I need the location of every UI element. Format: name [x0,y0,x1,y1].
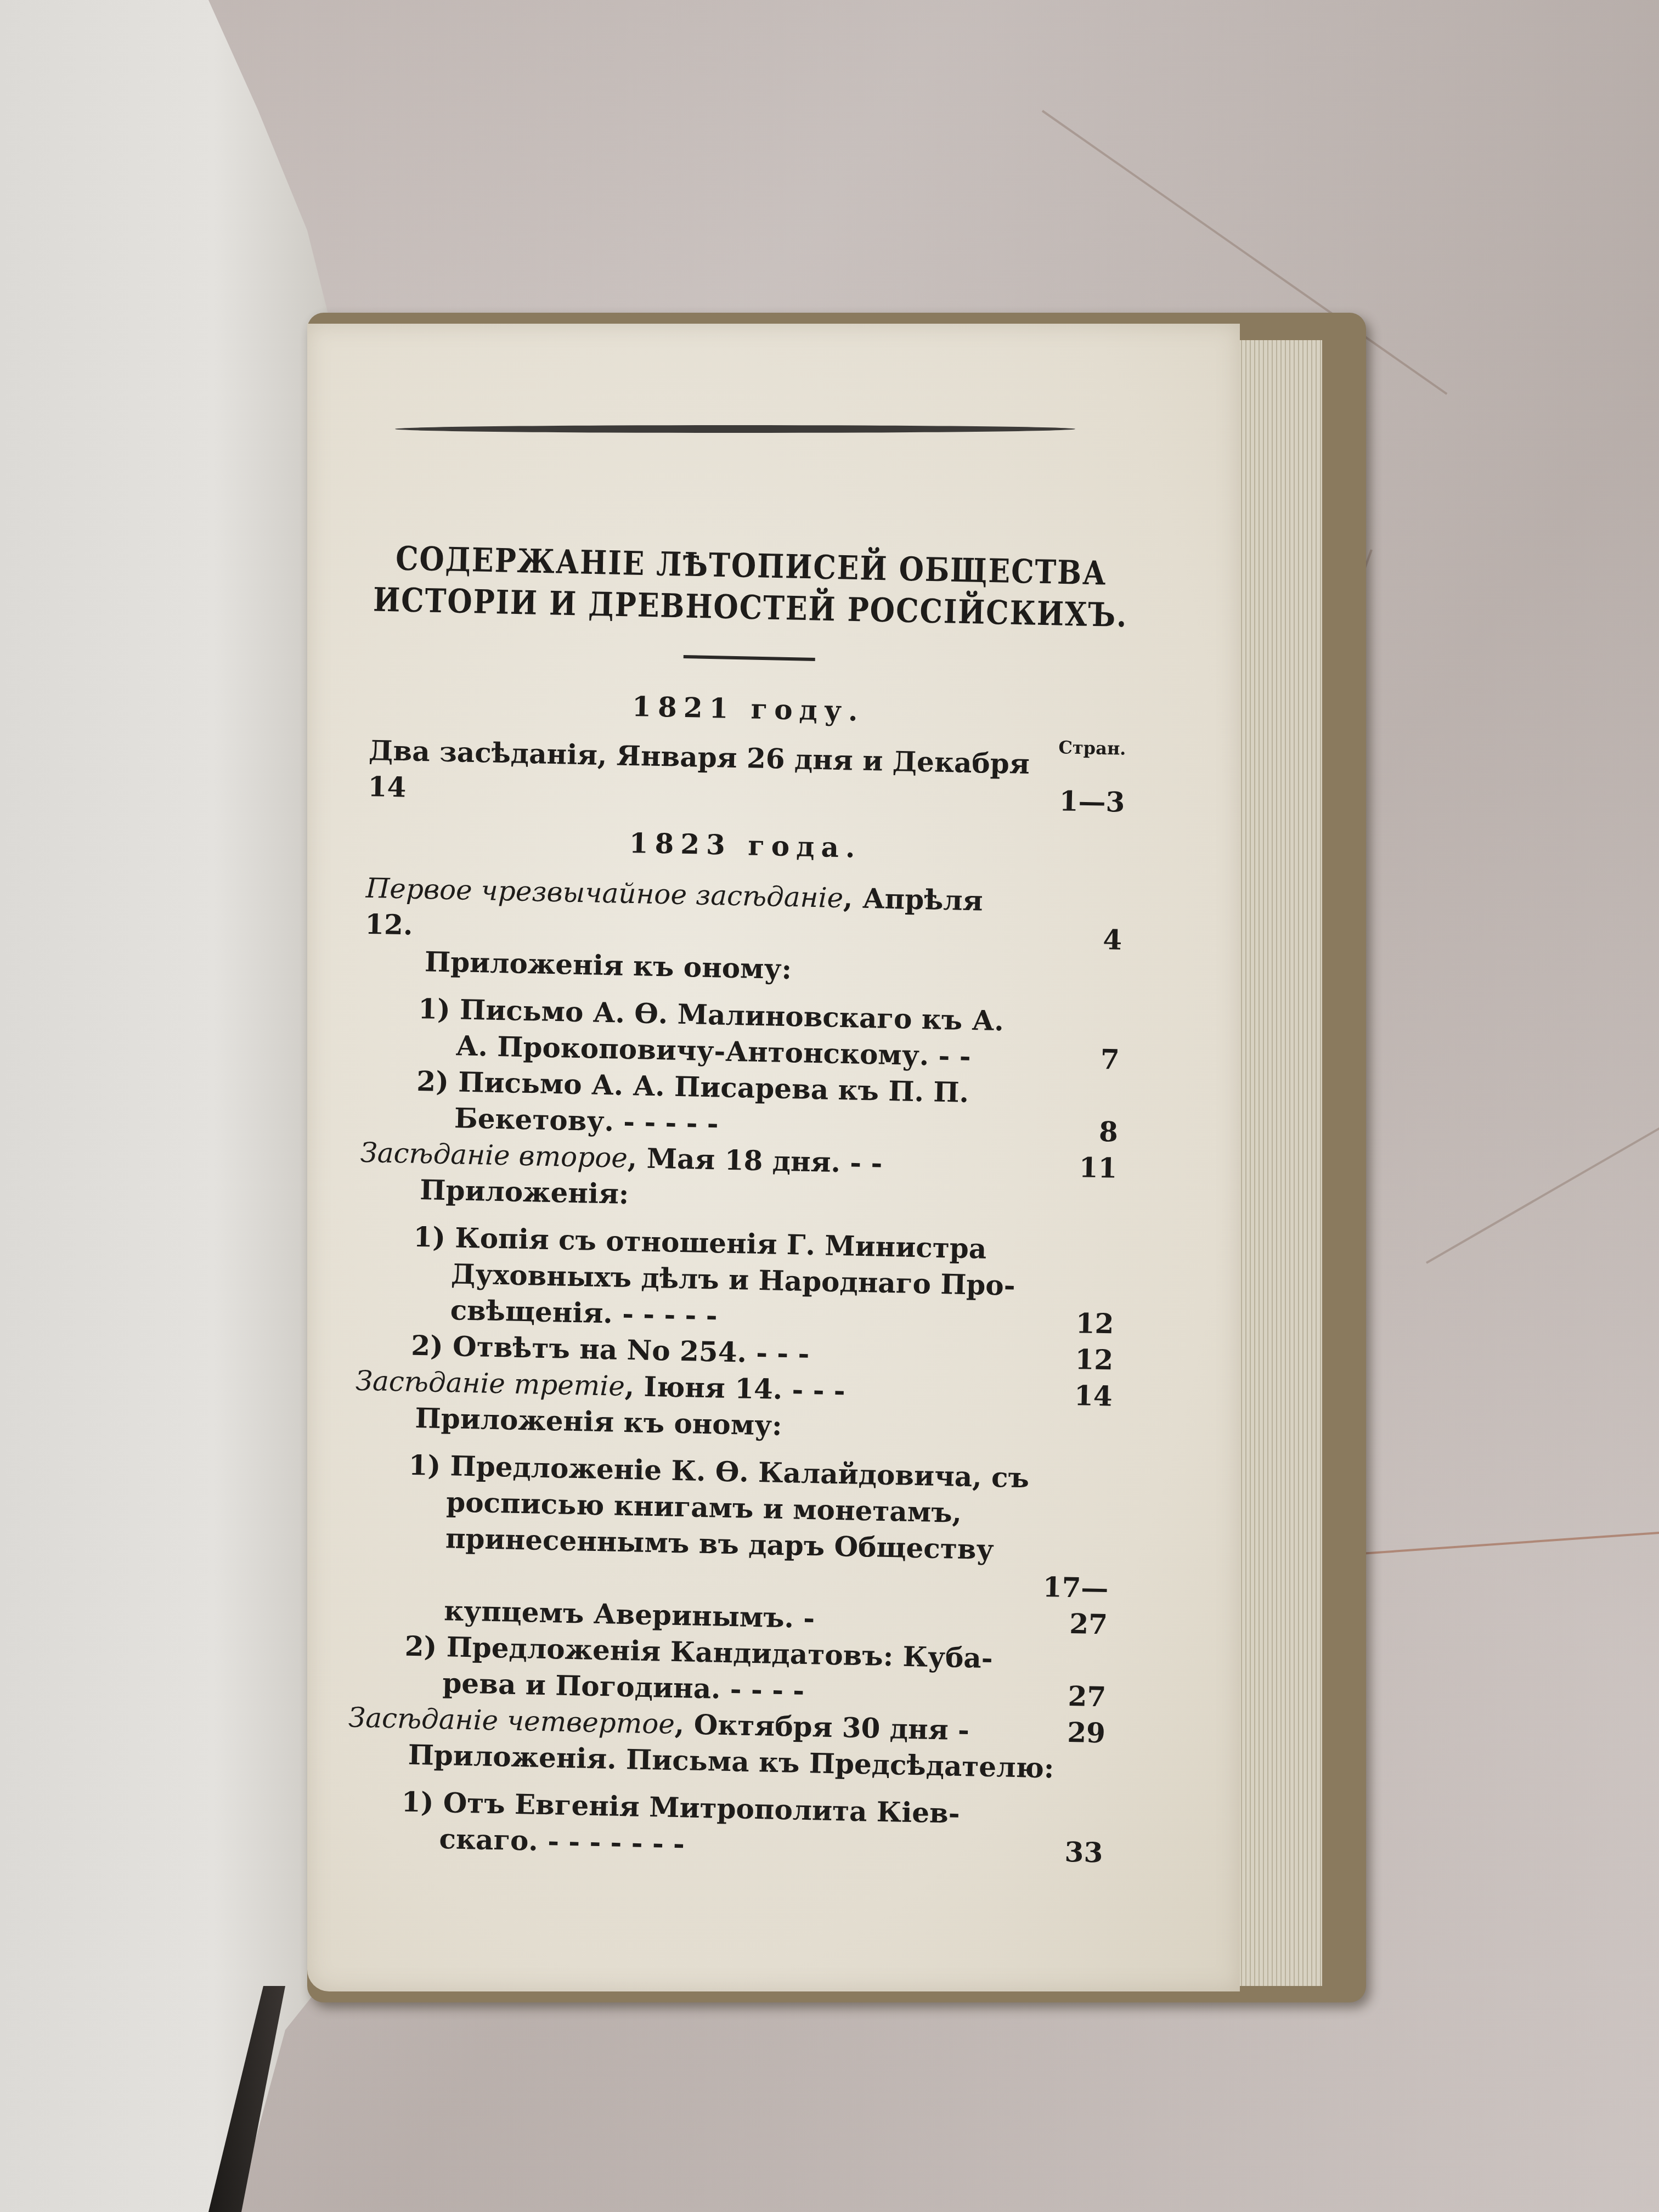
page-number: 8 [1030,1112,1118,1150]
title-divider [684,655,815,661]
header-rule [395,425,1075,433]
table-of-contents: Содержаніе лѣтописей общества исторіи и … [346,543,1130,1871]
page-number: 12 [1026,1304,1114,1342]
page-number: 11 [1029,1148,1118,1186]
marble-vein [1361,1531,1659,1555]
page-title: Содержаніе лѣтописей общества исторіи и … [371,538,1130,637]
page-number: 33 [1015,1833,1103,1871]
page-number: 17—27 [1019,1568,1109,1643]
marble-vein [1426,1125,1659,1263]
page-number: 14 [1024,1376,1113,1414]
page-number: 12 [1025,1340,1113,1378]
left-page [0,0,357,2212]
page-number: 7 [1031,1040,1120,1077]
page-number: 29 [1017,1713,1105,1751]
page-number: 1—3 [1037,782,1125,820]
page-number: 4 [1034,920,1122,958]
page-number: 27 [1018,1677,1107,1715]
